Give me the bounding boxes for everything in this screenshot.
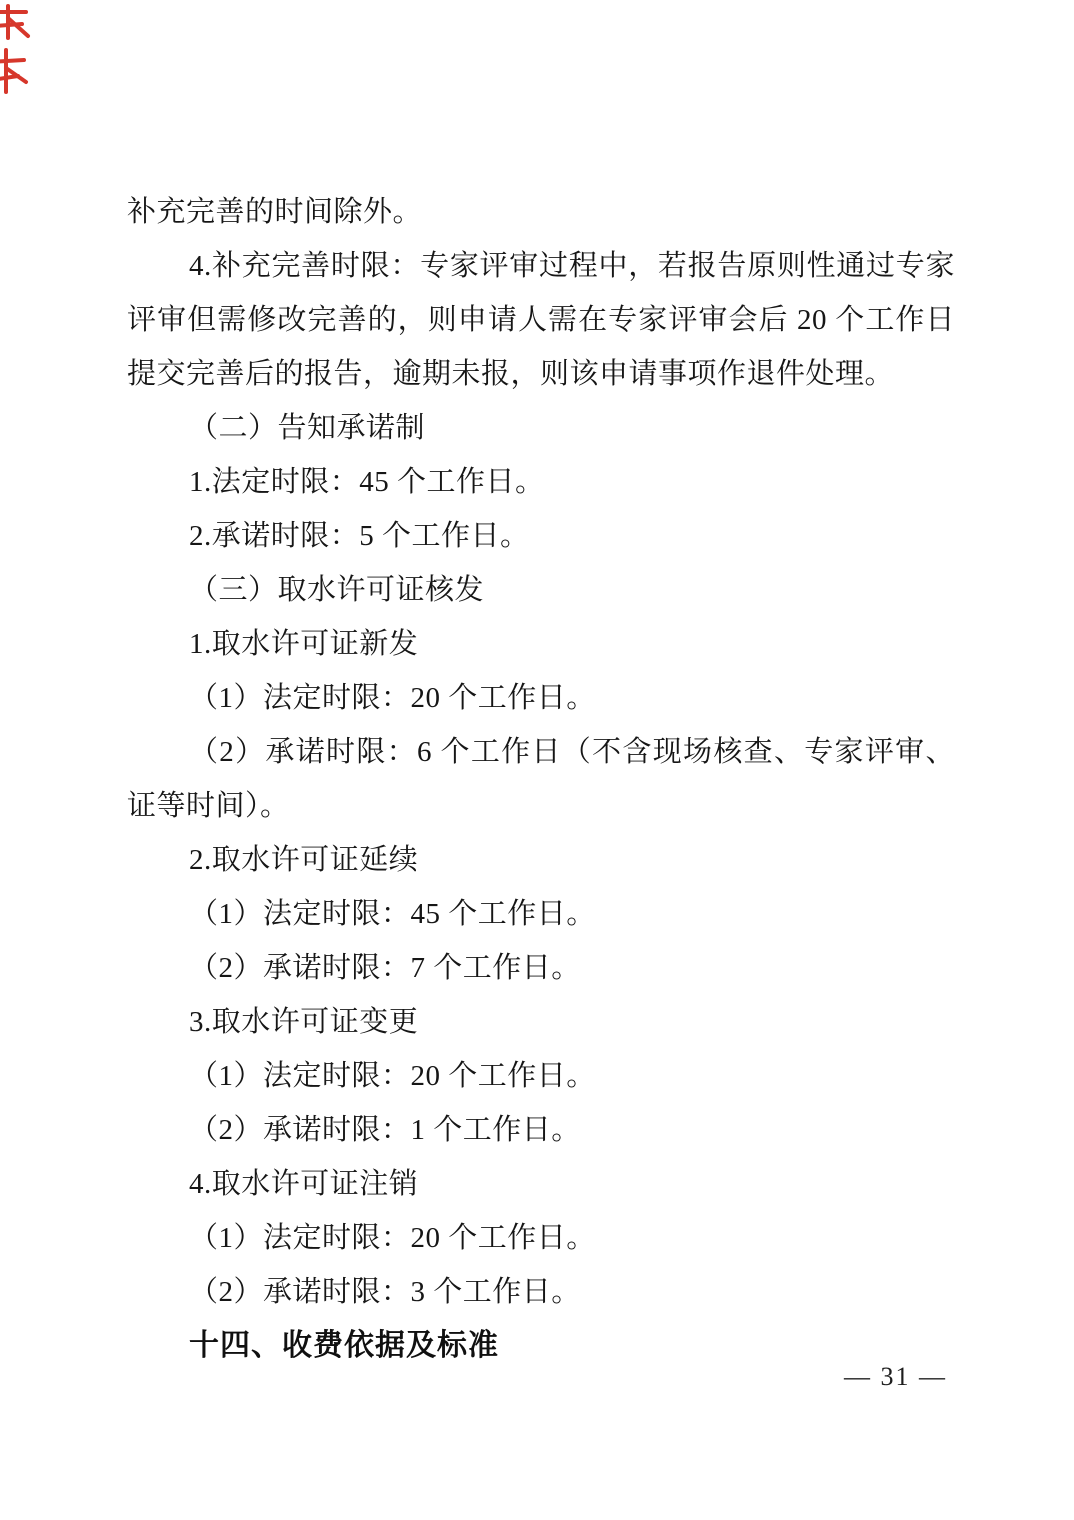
document-page: 补充完善的时间除外。4.补充完善时限：专家评审过程中，若报告原则性通过专家评审但… (0, 0, 1074, 1520)
red-watermark-fragment-icon (0, 4, 36, 100)
text-line: （1）法定时限：20 个工作日。 (127, 1049, 955, 1103)
text-line: （2）承诺时限：7 个工作日。 (127, 941, 955, 995)
text-line: （1）法定时限：45 个工作日。 (127, 887, 955, 941)
text-line: （1）法定时限：20 个工作日。 (127, 1211, 955, 1265)
text-line: 提交完善后的报告，逾期未报，则该申请事项作退件处理。 (127, 347, 955, 401)
document-body: 补充完善的时间除外。4.补充完善时限：专家评审过程中，若报告原则性通过专家评审但… (127, 185, 955, 1373)
text-line: 4.补充完善时限：专家评审过程中，若报告原则性通过专家 (127, 239, 955, 293)
text-line: （1）法定时限：20 个工作日。 (127, 671, 955, 725)
page-number: — 31 — (844, 1360, 947, 1394)
text-line: 评审但需修改完善的，则申请人需在专家评审会后 20 个工作日内 (127, 293, 955, 347)
text-line: （三）取水许可证核发 (127, 563, 955, 617)
text-line: 2.取水许可证延续 (127, 833, 955, 887)
text-line: 补充完善的时间除外。 (127, 185, 955, 239)
section-heading: 十四、收费依据及标准 (127, 1319, 955, 1373)
text-line: 4.取水许可证注销 (127, 1157, 955, 1211)
text-line: （2）承诺时限：1 个工作日。 (127, 1103, 955, 1157)
text-line: （2）承诺时限：3 个工作日。 (127, 1265, 955, 1319)
text-line: 1.取水许可证新发 (127, 617, 955, 671)
text-line: 2.承诺时限：5 个工作日。 (127, 509, 955, 563)
text-line: 1.法定时限：45 个工作日。 (127, 455, 955, 509)
text-line: （二）告知承诺制 (127, 401, 955, 455)
text-line: 3.取水许可证变更 (127, 995, 955, 1049)
text-line: 证等时间）。 (127, 779, 955, 833)
text-line: （2）承诺时限：6 个工作日（不含现场核查、专家评审、听 (127, 725, 955, 779)
